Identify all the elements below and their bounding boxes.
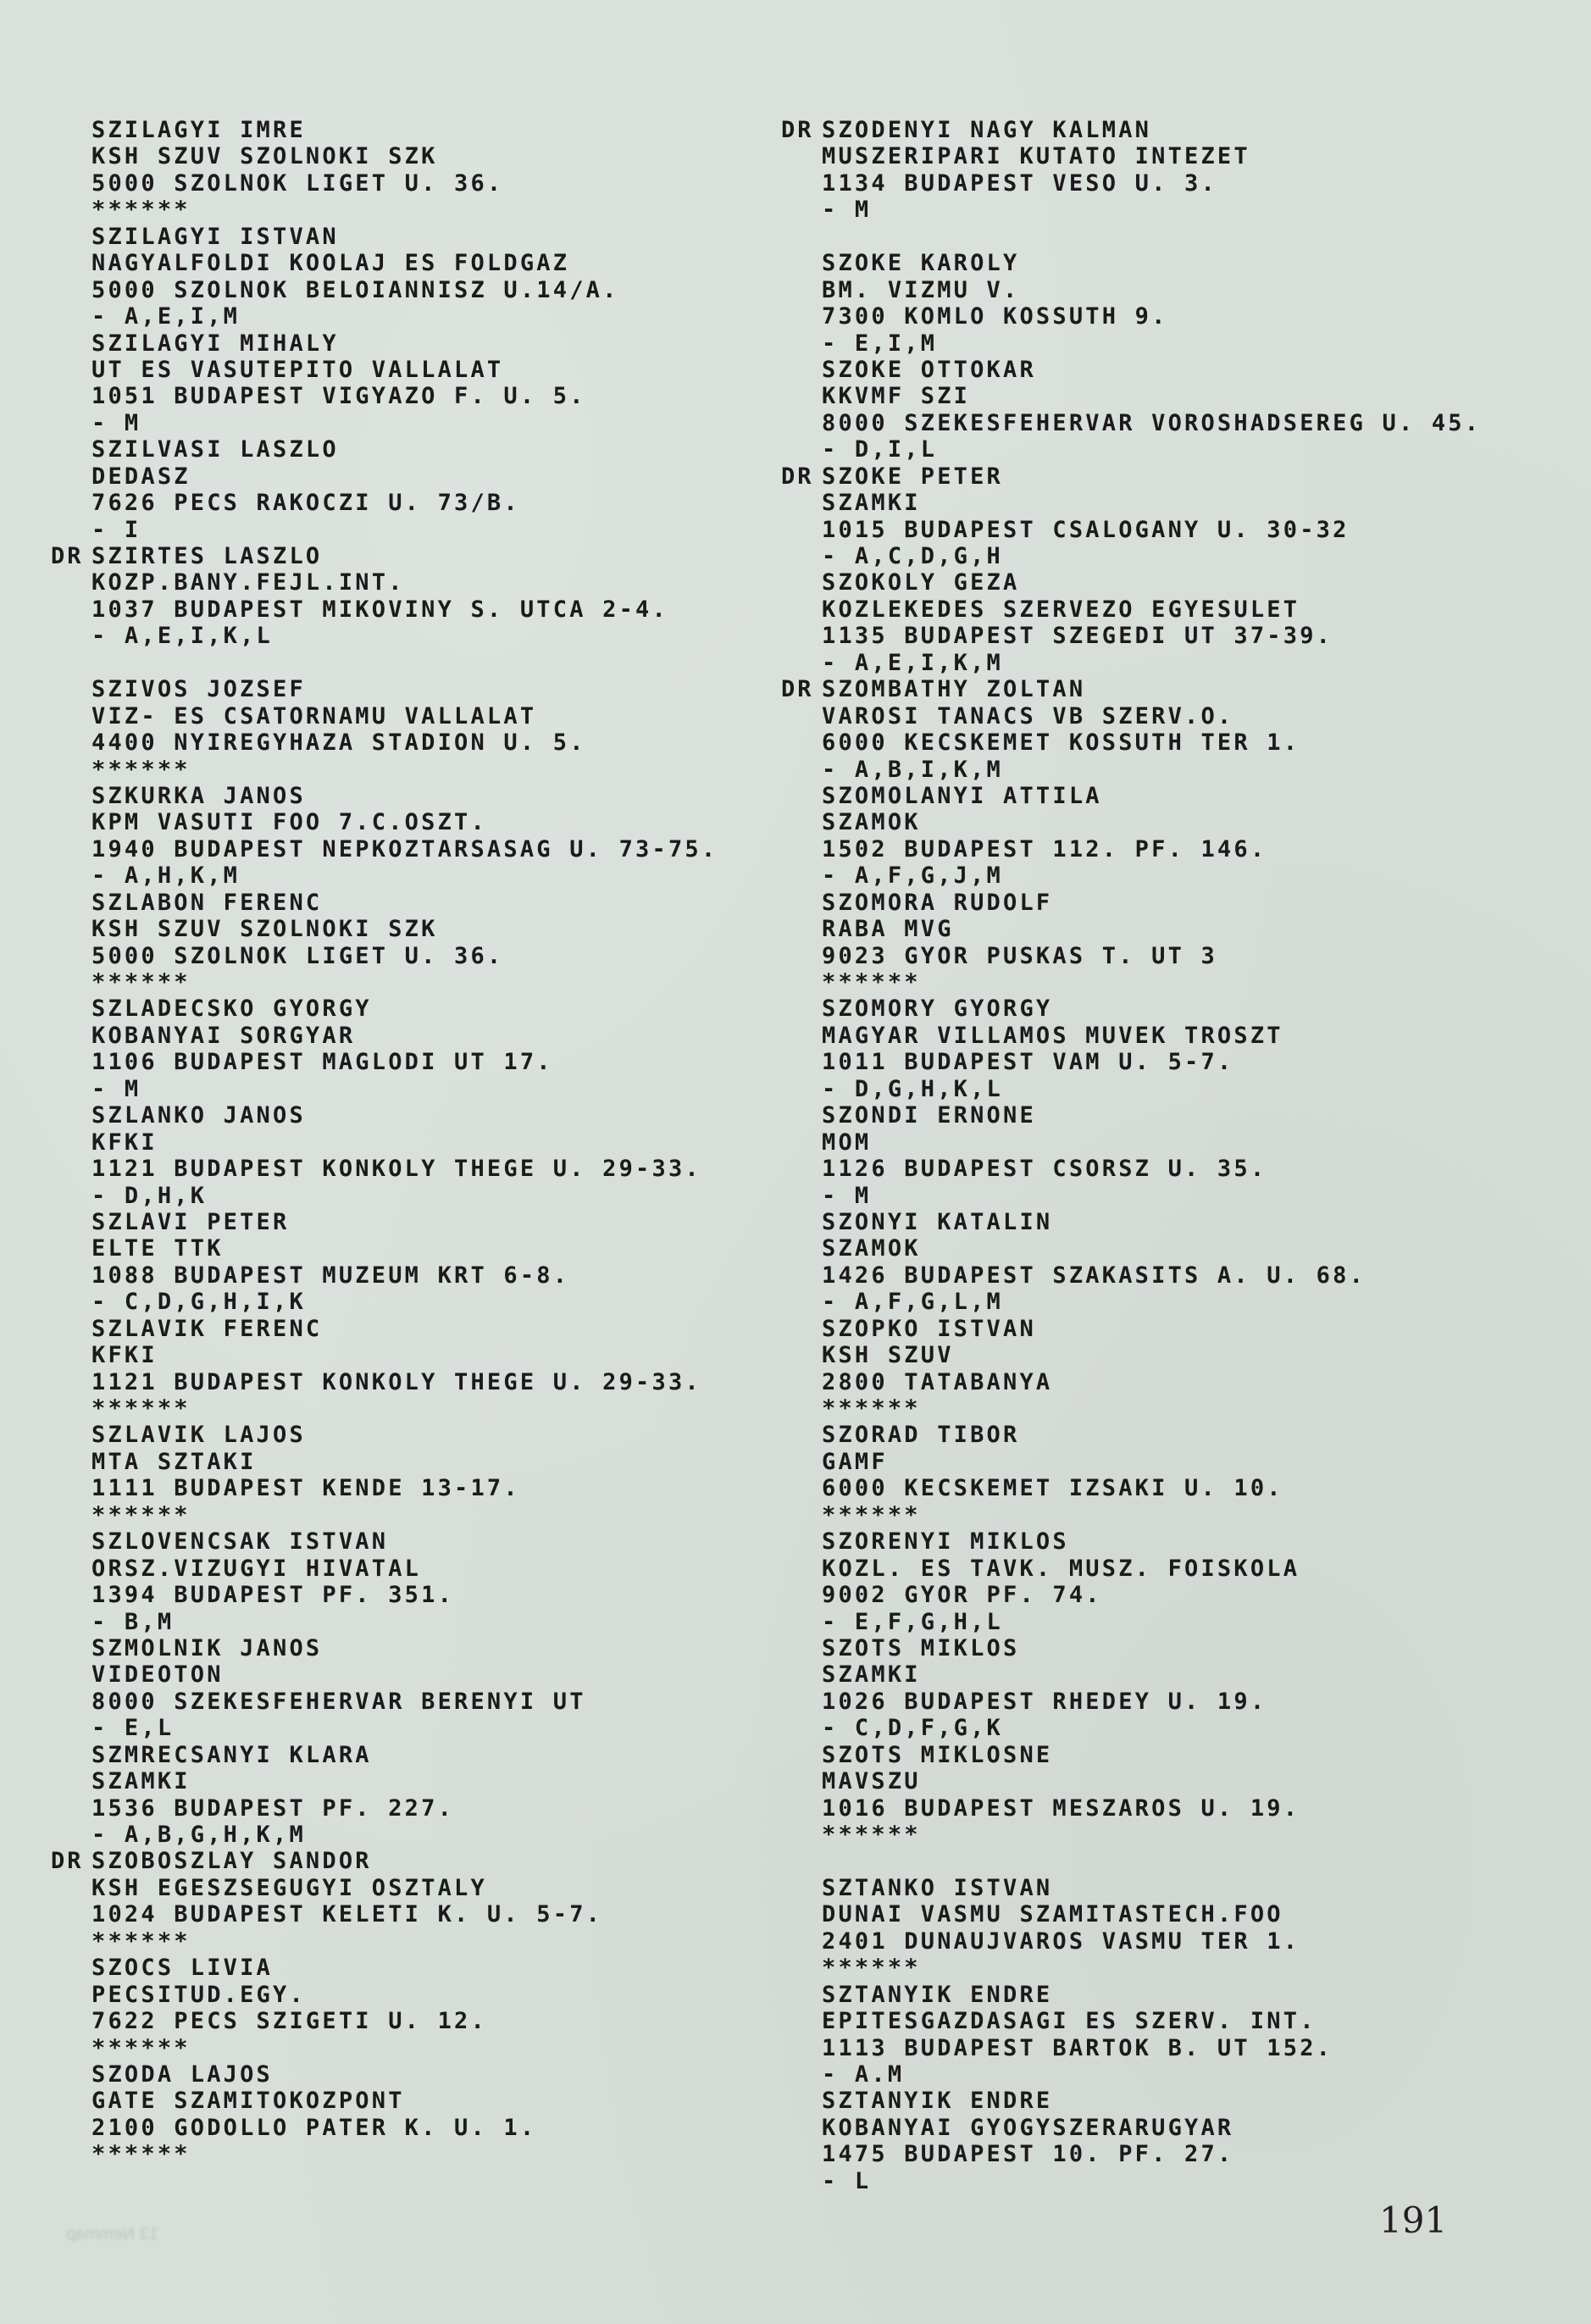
category-codes: - D,I,L bbox=[781, 436, 1481, 463]
entry-line: 1026 BUDAPEST RHEDEY U. 19. bbox=[781, 1689, 1481, 1715]
entry-line: SZOPKO ISTVAN bbox=[781, 1316, 1481, 1342]
entry-line: 2401 DUNAUJVAROS VASMU TER 1. bbox=[781, 1928, 1481, 1955]
entry-line: MUSZERIPARI KUTATO INTEZET bbox=[781, 143, 1481, 169]
entry-line: KSH EGESZSEGUGYI OSZTALY bbox=[51, 1875, 718, 1901]
entry-separator: ****** bbox=[51, 969, 718, 996]
line-text: 1502 BUDAPEST 112. PF. 146. bbox=[822, 836, 1267, 862]
entry-line: 7626 PECS RAKOCZI U. 73/B. bbox=[51, 490, 718, 516]
entry-line: KSH SZUV SZOLNOKI SZK bbox=[51, 143, 718, 169]
title-prefix: DR bbox=[781, 463, 822, 490]
entry-line: 1024 BUDAPEST KELETI K. U. 5-7. bbox=[51, 1901, 718, 1927]
line-text: ****** bbox=[822, 1395, 921, 1422]
line-text: VIDEOTON bbox=[91, 1661, 224, 1688]
line-text: - B,M bbox=[91, 1609, 174, 1635]
entry-line: SZAMOK bbox=[781, 809, 1481, 835]
line-text: KOBANYAI SORGYAR bbox=[91, 1023, 355, 1049]
line-text: SZOKOLY GEZA bbox=[822, 569, 1019, 596]
entry-line: SZOTS MIKLOSNE bbox=[781, 1742, 1481, 1768]
line-text: 1011 BUDAPEST VAM U. 5-7. bbox=[822, 1049, 1233, 1075]
line-text: SZMRECSANYI KLARA bbox=[91, 1742, 372, 1768]
line-text: 9023 GYOR PUSKAS T. UT 3 bbox=[822, 943, 1217, 969]
entry-line: SZMRECSANYI KLARA bbox=[51, 1742, 718, 1768]
entry-line: SZILAGYI IMRE bbox=[51, 117, 718, 143]
entry-line: SZMOLNIK JANOS bbox=[51, 1635, 718, 1661]
line-text: SZTANYIK ENDRE bbox=[822, 1982, 1052, 2008]
entry-line: KSH SZUV bbox=[781, 1342, 1481, 1368]
entry-line: KFKI bbox=[51, 1342, 718, 1368]
entry-line: SZIVOS JOZSEF bbox=[51, 676, 718, 702]
entry-line: 1536 BUDAPEST PF. 227. bbox=[51, 1795, 718, 1822]
category-codes: - M bbox=[51, 1076, 718, 1102]
line-text: ****** bbox=[91, 2141, 191, 2167]
entry-line: SZONYI KATALIN bbox=[781, 1209, 1481, 1235]
entry-line: 8000 SZEKESFEHERVAR BERENYI UT bbox=[51, 1689, 718, 1715]
entry-line: SZAMKI bbox=[51, 1768, 718, 1794]
line-text: KKVMF SZI bbox=[822, 383, 970, 409]
line-text: 1121 BUDAPEST KONKOLY THEGE U. 29-33. bbox=[91, 1369, 701, 1395]
entry-line: SZAMOK bbox=[781, 1235, 1481, 1262]
line-text: 7626 PECS RAKOCZI U. 73/B. bbox=[91, 490, 520, 516]
line-text: - A,B,I,K,M bbox=[822, 757, 1003, 783]
entry-line: SZOCS LIVIA bbox=[51, 1955, 718, 1981]
line-text: ****** bbox=[91, 969, 191, 996]
line-text: 2800 TATABANYA bbox=[822, 1369, 1052, 1395]
line-text: SZIRTES LASZLO bbox=[91, 543, 322, 569]
entry-separator: ****** bbox=[781, 1955, 1481, 1981]
entry-line: ORSZ.VIZUGYI HIVATAL bbox=[51, 1556, 718, 1582]
entry-line: BM. VIZMU V. bbox=[781, 277, 1481, 303]
entry-line: SZKURKA JANOS bbox=[51, 783, 718, 809]
line-text: 1121 BUDAPEST KONKOLY THEGE U. 29-33. bbox=[91, 1156, 701, 1182]
category-codes: - A,B,I,K,M bbox=[781, 757, 1481, 783]
entry-line: 1134 BUDAPEST VESO U. 3. bbox=[781, 170, 1481, 197]
line-text: 5000 SZOLNOK LIGET U. 36. bbox=[91, 943, 503, 969]
entry-line: MAVSZU bbox=[781, 1768, 1481, 1794]
entry-line: ELTE TTK bbox=[51, 1235, 718, 1262]
line-text: EPITESGAZDASAGI ES SZERV. INT. bbox=[822, 2008, 1317, 2034]
entry-line: 1475 BUDAPEST 10. PF. 27. bbox=[781, 2141, 1481, 2167]
entry-line: 1135 BUDAPEST SZEGEDI UT 37-39. bbox=[781, 623, 1481, 649]
category-codes: - A,B,G,H,K,M bbox=[51, 1822, 718, 1848]
line-text: - E,I,M bbox=[822, 330, 937, 357]
line-text: PECSITUD.EGY. bbox=[91, 1982, 306, 2008]
entry-line: SZLAVIK FERENC bbox=[51, 1316, 718, 1342]
entry-line: DUNAI VASMU SZAMITASTECH.FOO bbox=[781, 1901, 1481, 1927]
entry-line: KSH SZUV SZOLNOKI SZK bbox=[51, 916, 718, 942]
entry-line: 1106 BUDAPEST MAGLODI UT 17. bbox=[51, 1049, 718, 1075]
line-text: 8000 SZEKESFEHERVAR VOROSHADSEREG U. 45. bbox=[822, 410, 1481, 436]
line-text: 8000 SZEKESFEHERVAR BERENYI UT bbox=[91, 1689, 586, 1715]
category-codes: - M bbox=[781, 1183, 1481, 1209]
line-text: SZOTS MIKLOSNE bbox=[822, 1742, 1052, 1768]
line-text: SZONDI ERNONE bbox=[822, 1102, 1036, 1129]
line-text: NAGYALFOLDI KOOLAJ ES FOLDGAZ bbox=[91, 250, 569, 276]
line-text: KOZLEKEDES SZERVEZO EGYESULET bbox=[822, 596, 1300, 623]
entry-line: SZORENYI MIKLOS bbox=[781, 1528, 1481, 1555]
entry-line: 1113 BUDAPEST BARTOK B. UT 152. bbox=[781, 2035, 1481, 2061]
title-prefix: DR bbox=[51, 543, 91, 569]
category-codes: - A,E,I,M bbox=[51, 303, 718, 330]
entry-line: 1940 BUDAPEST NEPKOZTARSASAG U. 73-75. bbox=[51, 836, 718, 862]
entry-line: 1126 BUDAPEST CSORSZ U. 35. bbox=[781, 1156, 1481, 1182]
line-text: 1126 BUDAPEST CSORSZ U. 35. bbox=[822, 1156, 1267, 1182]
line-text: SZOMORY GYORGY bbox=[822, 996, 1052, 1022]
line-text: KSH SZUV bbox=[822, 1342, 954, 1368]
entry-line: 5000 SZOLNOK BELOIANNISZ U.14/A. bbox=[51, 277, 718, 303]
entry-line: 5000 SZOLNOK LIGET U. 36. bbox=[51, 170, 718, 197]
category-codes: - L bbox=[781, 2168, 1481, 2194]
entry-line: SZOMORY GYORGY bbox=[781, 996, 1481, 1022]
entry-line: 1015 BUDAPEST CSALOGANY U. 30-32 bbox=[781, 517, 1481, 543]
line-text: 1135 BUDAPEST SZEGEDI UT 37-39. bbox=[822, 623, 1333, 649]
line-text: 7300 KOMLO KOSSUTH 9. bbox=[822, 303, 1168, 330]
line-text: ****** bbox=[822, 1502, 921, 1528]
line-text: 6000 KECSKEMET KOSSUTH TER 1. bbox=[822, 729, 1300, 756]
line-text: KOZP.BANY.FEJL.INT. bbox=[91, 569, 405, 596]
entry-line: 2800 TATABANYA bbox=[781, 1369, 1481, 1395]
entry-line: DRSZOKE PETER bbox=[781, 463, 1481, 490]
line-text: 1037 BUDAPEST MIKOVINY S. UTCA 2-4. bbox=[91, 596, 668, 623]
line-text: 1106 BUDAPEST MAGLODI UT 17. bbox=[91, 1049, 553, 1075]
entry-line: SZLABON FERENC bbox=[51, 890, 718, 916]
entry-line: 1011 BUDAPEST VAM U. 5-7. bbox=[781, 1049, 1481, 1075]
line-text: 1015 BUDAPEST CSALOGANY U. 30-32 bbox=[822, 517, 1350, 543]
entry-line: VIDEOTON bbox=[51, 1661, 718, 1688]
line-text: MAVSZU bbox=[822, 1768, 921, 1794]
line-text: MUSZERIPARI KUTATO INTEZET bbox=[822, 143, 1250, 169]
entry-separator: ****** bbox=[781, 1822, 1481, 1848]
line-text: DEDASZ bbox=[91, 463, 191, 490]
line-text: SZKURKA JANOS bbox=[91, 783, 306, 809]
entry-line: GATE SZAMITOKOZPONT bbox=[51, 2088, 718, 2114]
category-codes: - M bbox=[781, 197, 1481, 223]
line-text: SZOKE OTTOKAR bbox=[822, 357, 1036, 383]
page-number: 191 bbox=[1379, 2199, 1447, 2241]
entry-line: 9002 GYOR PF. 74. bbox=[781, 1582, 1481, 1608]
entry-line: 6000 KECSKEMET IZSAKI U. 10. bbox=[781, 1475, 1481, 1501]
entry-line: 8000 SZEKESFEHERVAR VOROSHADSEREG U. 45. bbox=[781, 410, 1481, 436]
line-text: - M bbox=[822, 197, 871, 223]
line-text: - A,F,G,L,M bbox=[822, 1289, 1003, 1315]
line-text: KPM VASUTI FOO 7.C.OSZT. bbox=[91, 809, 487, 835]
line-text: KSH SZUV SZOLNOKI SZK bbox=[91, 143, 438, 169]
entry-line: SZTANKO ISTVAN bbox=[781, 1875, 1481, 1901]
entry-line: SZORAD TIBOR bbox=[781, 1422, 1481, 1448]
entry-line: SZLADECSKO GYORGY bbox=[51, 996, 718, 1022]
line-text: 5000 SZOLNOK BELOIANNISZ U.14/A. bbox=[91, 277, 619, 303]
line-text: SZAMKI bbox=[822, 1661, 921, 1688]
entry-line: MOM bbox=[781, 1129, 1481, 1156]
category-codes: - A.M bbox=[781, 2061, 1481, 2088]
line-text: ****** bbox=[822, 969, 921, 996]
entry-separator: ****** bbox=[51, 2141, 718, 2167]
entry-line: VIZ- ES CSATORNAMU VALLALAT bbox=[51, 703, 718, 729]
line-text: - I bbox=[91, 517, 141, 543]
category-codes: - I bbox=[51, 517, 718, 543]
line-text: 1111 BUDAPEST KENDE 13-17. bbox=[91, 1475, 520, 1501]
entry-line: DRSZODENYI NAGY KALMAN bbox=[781, 117, 1481, 143]
entry-line: SZAMKI bbox=[781, 1661, 1481, 1688]
entry-separator: ****** bbox=[51, 757, 718, 783]
line-text: SZLANKO JANOS bbox=[91, 1102, 306, 1129]
title-prefix: DR bbox=[781, 117, 822, 143]
entry-line: SZLOVENCSAK ISTVAN bbox=[51, 1528, 718, 1555]
entry-separator: ****** bbox=[781, 1395, 1481, 1422]
blank-line bbox=[781, 224, 1481, 250]
line-text: VIZ- ES CSATORNAMU VALLALAT bbox=[91, 703, 536, 729]
line-text: 1536 BUDAPEST PF. 227. bbox=[91, 1795, 454, 1822]
line-text: SZILAGYI IMRE bbox=[91, 117, 306, 143]
line-text: SZOKE KAROLY bbox=[822, 250, 1019, 276]
category-codes: - E,I,M bbox=[781, 330, 1481, 357]
title-prefix: DR bbox=[781, 676, 822, 702]
line-text: ****** bbox=[91, 2035, 191, 2061]
line-text: - M bbox=[91, 1076, 141, 1102]
entry-line: UT ES VASUTEPITO VALLALAT bbox=[51, 357, 718, 383]
line-text: SZTANKO ISTVAN bbox=[822, 1875, 1052, 1901]
line-text: SZOKE PETER bbox=[822, 463, 1003, 490]
line-text: - A,B,G,H,K,M bbox=[91, 1822, 306, 1848]
line-text: 1426 BUDAPEST SZAKASITS A. U. 68. bbox=[822, 1262, 1366, 1289]
line-text: SZLADECSKO GYORGY bbox=[91, 996, 372, 1022]
line-text: - M bbox=[91, 410, 141, 436]
line-text: SZOBOSZLAY SANDOR bbox=[91, 1848, 372, 1874]
line-text: SZOMBATHY ZOLTAN bbox=[822, 676, 1085, 702]
entry-line: 1111 BUDAPEST KENDE 13-17. bbox=[51, 1475, 718, 1501]
line-text: SZOTS MIKLOS bbox=[822, 1635, 1019, 1661]
entry-separator: ****** bbox=[51, 197, 718, 223]
line-text: SZMOLNIK JANOS bbox=[91, 1635, 322, 1661]
line-text: 1016 BUDAPEST MESZAROS U. 19. bbox=[822, 1795, 1300, 1822]
entry-line: 1121 BUDAPEST KONKOLY THEGE U. 29-33. bbox=[51, 1156, 718, 1182]
entry-line: 1121 BUDAPEST KONKOLY THEGE U. 29-33. bbox=[51, 1369, 718, 1395]
line-text: - C,D,F,G,K bbox=[822, 1715, 1003, 1741]
entry-line: SZILVASI LASZLO bbox=[51, 436, 718, 463]
line-text: SZLAVIK LAJOS bbox=[91, 1422, 306, 1448]
line-text: - D,G,H,K,L bbox=[822, 1076, 1003, 1102]
line-text: SZOCS LIVIA bbox=[91, 1955, 273, 1981]
entry-line: 1426 BUDAPEST SZAKASITS A. U. 68. bbox=[781, 1262, 1481, 1289]
entry-line: DRSZOMBATHY ZOLTAN bbox=[781, 676, 1481, 702]
entry-line: SZILAGYI MIHALY bbox=[51, 330, 718, 357]
entry-line: DRSZIRTES LASZLO bbox=[51, 543, 718, 569]
entry-separator: ****** bbox=[51, 1395, 718, 1422]
entry-line: RABA MVG bbox=[781, 916, 1481, 942]
entry-line: SZILAGYI ISTVAN bbox=[51, 224, 718, 250]
line-text: SZOMOLANYI ATTILA bbox=[822, 783, 1102, 809]
entry-line: SZODA LAJOS bbox=[51, 2061, 718, 2088]
line-text: - A,F,G,J,M bbox=[822, 862, 1003, 889]
line-text: KOZL. ES TAVK. MUSZ. FOISKOLA bbox=[822, 1556, 1300, 1582]
entry-line: MAGYAR VILLAMOS MUVEK TROSZT bbox=[781, 1023, 1481, 1049]
line-text: SZOMORA RUDOLF bbox=[822, 890, 1052, 916]
line-text: GATE SZAMITOKOZPONT bbox=[91, 2088, 405, 2114]
line-text: 6000 KECSKEMET IZSAKI U. 10. bbox=[822, 1475, 1283, 1501]
category-codes: - A,F,G,J,M bbox=[781, 862, 1481, 889]
category-codes: - C,D,F,G,K bbox=[781, 1715, 1481, 1741]
blank-line bbox=[781, 1848, 1481, 1874]
line-text: DUNAI VASMU SZAMITASTECH.FOO bbox=[822, 1901, 1283, 1927]
line-text: SZAMOK bbox=[822, 809, 921, 835]
line-text: - M bbox=[822, 1183, 871, 1209]
title-prefix: DR bbox=[51, 1848, 91, 1874]
entry-line: EPITESGAZDASAGI ES SZERV. INT. bbox=[781, 2008, 1481, 2034]
line-text: ****** bbox=[91, 197, 191, 223]
entry-line: 7300 KOMLO KOSSUTH 9. bbox=[781, 303, 1481, 330]
entry-line: 9023 GYOR PUSKAS T. UT 3 bbox=[781, 943, 1481, 969]
line-text: - A,E,I,K,L bbox=[91, 623, 273, 649]
blank-line bbox=[51, 650, 718, 676]
entry-line: 1394 BUDAPEST PF. 351. bbox=[51, 1582, 718, 1608]
line-text: 7622 PECS SZIGETI U. 12. bbox=[91, 2008, 487, 2034]
line-text: KFKI bbox=[91, 1342, 158, 1368]
line-text: KSH EGESZSEGUGYI OSZTALY bbox=[91, 1875, 487, 1901]
entry-line: KOZL. ES TAVK. MUSZ. FOISKOLA bbox=[781, 1556, 1481, 1582]
entry-line: SZONDI ERNONE bbox=[781, 1102, 1481, 1129]
entry-line: KOBANYAI SORGYAR bbox=[51, 1023, 718, 1049]
entry-line: KKVMF SZI bbox=[781, 383, 1481, 409]
category-codes: - C,D,G,H,I,K bbox=[51, 1289, 718, 1315]
line-text: 9002 GYOR PF. 74. bbox=[822, 1582, 1102, 1608]
category-codes: - E,F,G,H,L bbox=[781, 1609, 1481, 1635]
line-text: ****** bbox=[91, 1395, 191, 1422]
directory-page: SZILAGYI IMREKSH SZUV SZOLNOKI SZK5000 S… bbox=[0, 0, 1591, 2324]
entry-line: 1016 BUDAPEST MESZAROS U. 19. bbox=[781, 1795, 1481, 1822]
entry-line: DRSZOBOSZLAY SANDOR bbox=[51, 1848, 718, 1874]
line-text: MOM bbox=[822, 1129, 871, 1156]
line-text: SZILVASI LASZLO bbox=[91, 436, 339, 463]
line-text: 1134 BUDAPEST VESO U. 3. bbox=[822, 170, 1217, 197]
category-codes: - B,M bbox=[51, 1609, 718, 1635]
entry-line: 1037 BUDAPEST MIKOVINY S. UTCA 2-4. bbox=[51, 596, 718, 623]
entry-line: KPM VASUTI FOO 7.C.OSZT. bbox=[51, 809, 718, 835]
line-text: SZODENYI NAGY KALMAN bbox=[822, 117, 1151, 143]
show-through-footer: 13 Nemmap bbox=[66, 2225, 158, 2244]
line-text: - A,H,K,M bbox=[91, 862, 240, 889]
line-text: 1113 BUDAPEST BARTOK B. UT 152. bbox=[822, 2035, 1333, 2061]
line-text: SZTANYIK ENDRE bbox=[822, 2088, 1052, 2114]
line-text: 5000 SZOLNOK LIGET U. 36. bbox=[91, 170, 503, 197]
line-text: - E,L bbox=[91, 1715, 174, 1741]
line-text: KSH SZUV SZOLNOKI SZK bbox=[91, 916, 438, 942]
line-text: - D,I,L bbox=[822, 436, 937, 463]
left-column: SZILAGYI IMREKSH SZUV SZOLNOKI SZK5000 S… bbox=[51, 117, 718, 2168]
entry-line: SZTANYIK ENDRE bbox=[781, 1982, 1481, 2008]
entry-line: SZLANKO JANOS bbox=[51, 1102, 718, 1129]
category-codes: - E,L bbox=[51, 1715, 718, 1741]
category-codes: - D,H,K bbox=[51, 1183, 718, 1209]
line-text: 1940 BUDAPEST NEPKOZTARSASAG U. 73-75. bbox=[91, 836, 718, 862]
entry-line: 1051 BUDAPEST VIGYAZO F. U. 5. bbox=[51, 383, 718, 409]
line-text: MAGYAR VILLAMOS MUVEK TROSZT bbox=[822, 1023, 1283, 1049]
line-text: 1051 BUDAPEST VIGYAZO F. U. 5. bbox=[91, 383, 586, 409]
entry-separator: ****** bbox=[781, 1502, 1481, 1528]
entry-line: SZOKE OTTOKAR bbox=[781, 357, 1481, 383]
entry-line: 4400 NYIREGYHAZA STADION U. 5. bbox=[51, 729, 718, 756]
line-text: 1475 BUDAPEST 10. PF. 27. bbox=[822, 2141, 1233, 2167]
line-text: 2401 DUNAUJVAROS VASMU TER 1. bbox=[822, 1928, 1300, 1955]
category-codes: - M bbox=[51, 410, 718, 436]
line-text: SZOPKO ISTVAN bbox=[822, 1316, 1036, 1342]
line-text: VAROSI TANACS VB SZERV.O. bbox=[822, 703, 1233, 729]
line-text: UT ES VASUTEPITO VALLALAT bbox=[91, 357, 503, 383]
entry-separator: ****** bbox=[781, 969, 1481, 996]
line-text: SZIVOS JOZSEF bbox=[91, 676, 306, 702]
entry-line: KFKI bbox=[51, 1129, 718, 1156]
line-text: SZLABON FERENC bbox=[91, 890, 322, 916]
entry-line: 2100 GODOLLO PATER K. U. 1. bbox=[51, 2115, 718, 2141]
entry-line: 7622 PECS SZIGETI U. 12. bbox=[51, 2008, 718, 2034]
entry-line: 1088 BUDAPEST MUZEUM KRT 6-8. bbox=[51, 1262, 718, 1289]
line-text: 1394 BUDAPEST PF. 351. bbox=[91, 1582, 454, 1608]
entry-line: SZTANYIK ENDRE bbox=[781, 2088, 1481, 2114]
entry-line: SZLAVI PETER bbox=[51, 1209, 718, 1235]
entry-line: MTA SZTAKI bbox=[51, 1449, 718, 1475]
right-column: DRSZODENYI NAGY KALMANMUSZERIPARI KUTATO… bbox=[781, 117, 1481, 2194]
entry-line: 1502 BUDAPEST 112. PF. 146. bbox=[781, 836, 1481, 862]
line-text: KFKI bbox=[91, 1129, 158, 1156]
entry-line: KOZP.BANY.FEJL.INT. bbox=[51, 569, 718, 596]
entry-line: GAMF bbox=[781, 1449, 1481, 1475]
line-text: - A.M bbox=[822, 2061, 904, 2088]
line-text: 1026 BUDAPEST RHEDEY U. 19. bbox=[822, 1689, 1267, 1715]
entry-line: SZOMOLANYI ATTILA bbox=[781, 783, 1481, 809]
category-codes: - D,G,H,K,L bbox=[781, 1076, 1481, 1102]
line-text: 1024 BUDAPEST KELETI K. U. 5-7. bbox=[91, 1901, 602, 1927]
line-text: - L bbox=[822, 2168, 871, 2194]
line-text: KOBANYAI GYOGYSZERARUGYAR bbox=[822, 2115, 1233, 2141]
entry-line: KOZLEKEDES SZERVEZO EGYESULET bbox=[781, 596, 1481, 623]
entry-line: DEDASZ bbox=[51, 463, 718, 490]
entry-line: SZLAVIK LAJOS bbox=[51, 1422, 718, 1448]
category-codes: - A,E,I,K,L bbox=[51, 623, 718, 649]
entry-line: SZOKOLY GEZA bbox=[781, 569, 1481, 596]
line-text: SZLAVI PETER bbox=[91, 1209, 289, 1235]
entry-line: SZAMKI bbox=[781, 490, 1481, 516]
line-text: ORSZ.VIZUGYI HIVATAL bbox=[91, 1556, 421, 1582]
line-text: SZLAVIK FERENC bbox=[91, 1316, 322, 1342]
entry-line: KOBANYAI GYOGYSZERARUGYAR bbox=[781, 2115, 1481, 2141]
line-text: - A,E,I,M bbox=[91, 303, 240, 330]
entry-line: 5000 SZOLNOK LIGET U. 36. bbox=[51, 943, 718, 969]
line-text: SZORENYI MIKLOS bbox=[822, 1528, 1069, 1555]
entry-separator: ****** bbox=[51, 1928, 718, 1955]
line-text: SZAMOK bbox=[822, 1235, 921, 1262]
line-text: - A,E,I,K,M bbox=[822, 650, 1003, 676]
entry-line: PECSITUD.EGY. bbox=[51, 1982, 718, 2008]
line-text: SZAMKI bbox=[91, 1768, 191, 1794]
line-text: ****** bbox=[91, 757, 191, 783]
line-text: ****** bbox=[91, 1928, 191, 1955]
line-text: 4400 NYIREGYHAZA STADION U. 5. bbox=[91, 729, 586, 756]
line-text: SZONYI KATALIN bbox=[822, 1209, 1052, 1235]
line-text: ELTE TTK bbox=[91, 1235, 224, 1262]
line-text: RABA MVG bbox=[822, 916, 954, 942]
entry-line: SZOTS MIKLOS bbox=[781, 1635, 1481, 1661]
entry-separator: ****** bbox=[51, 1502, 718, 1528]
line-text: BM. VIZMU V. bbox=[822, 277, 1019, 303]
line-text: - D,H,K bbox=[91, 1183, 207, 1209]
entry-separator: ****** bbox=[51, 2035, 718, 2061]
entry-line: NAGYALFOLDI KOOLAJ ES FOLDGAZ bbox=[51, 250, 718, 276]
line-text: 1088 BUDAPEST MUZEUM KRT 6-8. bbox=[91, 1262, 569, 1289]
line-text: ****** bbox=[822, 1955, 921, 1981]
line-text: SZODA LAJOS bbox=[91, 2061, 273, 2088]
line-text: GAMF bbox=[822, 1449, 888, 1475]
line-text: - C,D,G,H,I,K bbox=[91, 1289, 306, 1315]
category-codes: - A,H,K,M bbox=[51, 862, 718, 889]
entry-line: VAROSI TANACS VB SZERV.O. bbox=[781, 703, 1481, 729]
